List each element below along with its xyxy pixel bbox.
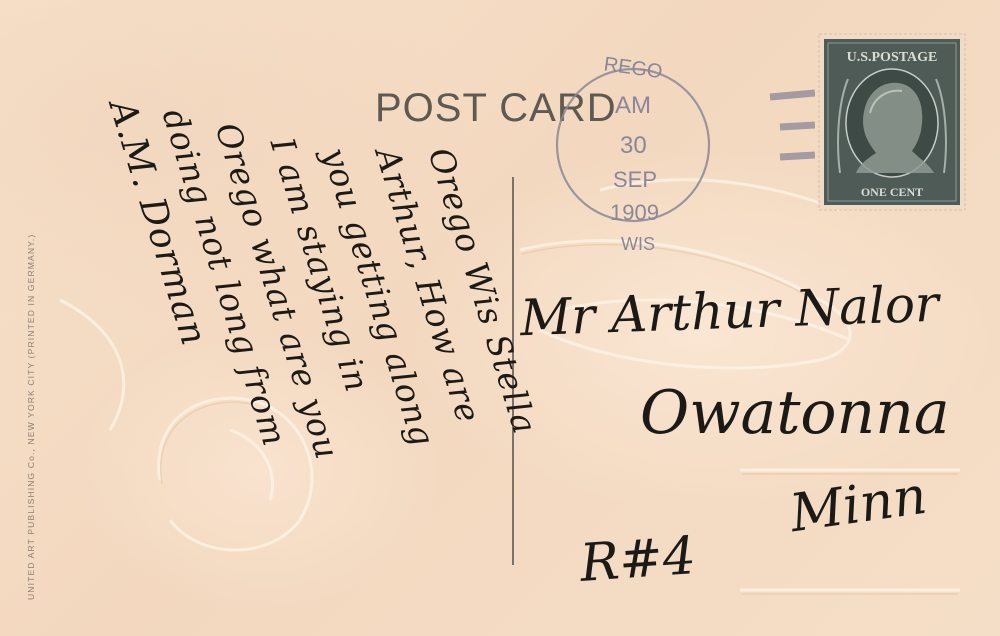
stamp-top-label: U.S.POSTAGE [847,50,938,65]
address-city: Owatonna [640,378,950,448]
cancellation-bars [770,93,815,157]
address-name: Mr Arthur Nalor [519,275,940,348]
postmark-state: WIS [621,234,655,254]
address-state: Minn [786,466,930,544]
postmark-cancellation: REGO AM 30 SEP 1909 WIS [555,35,815,275]
postage-stamp: U.S.POSTAGE ONE CENT [818,33,966,211]
address-route: R#4 [578,526,698,594]
publisher-imprint: UNITED ART PUBLISHING Co., NEW YORK CITY… [26,234,36,600]
svg-text:REGO: REGO [602,53,663,83]
postmark-year: 1909 [610,200,659,225]
postmark-day: 30 [620,132,647,159]
postmark-month: SEP [613,167,657,192]
postmark-town: REGO [602,53,663,83]
postmark-time: AM [615,92,651,119]
stamp-bottom-label: ONE CENT [861,185,923,199]
postcard-back: UNITED ART PUBLISHING Co., NEW YORK CITY… [0,0,1000,636]
